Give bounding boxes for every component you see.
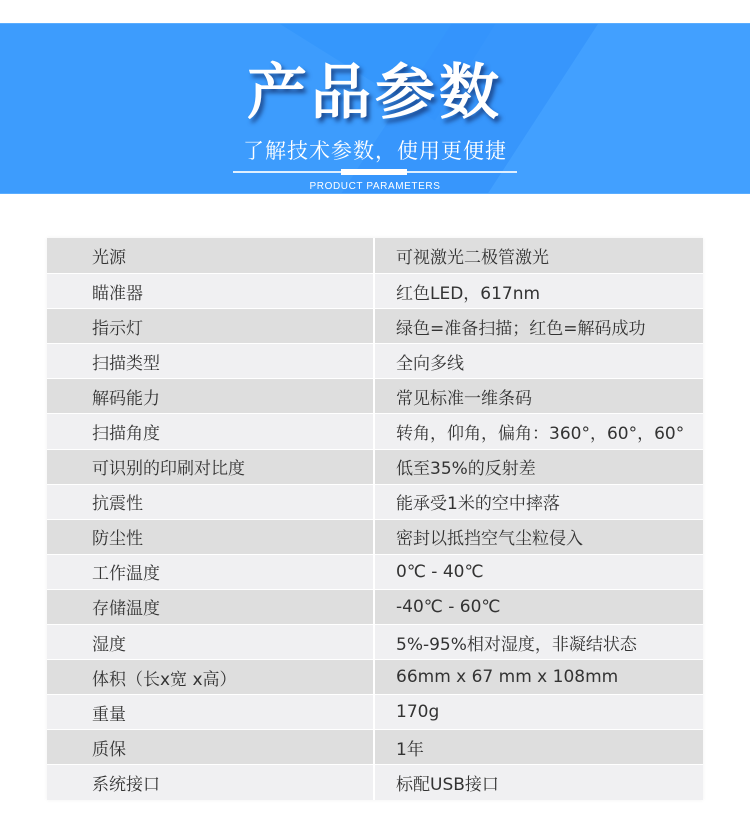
spec-label: 工作温度 (47, 555, 375, 589)
spec-label: 质保 (47, 730, 375, 764)
spec-value: 常见标准一维条码 (375, 379, 703, 413)
spec-label: 存储温度 (47, 590, 375, 624)
spec-label: 扫描角度 (47, 414, 375, 448)
spec-row-dust-resistance: 防尘性 密封以抵挡空气尘粒侵入 (47, 519, 703, 554)
spec-row-interface: 系统接口 标配USB接口 (47, 764, 703, 799)
spec-value: 低至35%的反射差 (375, 450, 703, 484)
spec-value: 1年 (375, 730, 703, 764)
spec-label: 扫描类型 (47, 344, 375, 378)
spec-table: 光源 可视激光二极管激光 瞄准器 红色LED，617nm 指示灯 绿色=准备扫描… (47, 238, 703, 800)
spec-row-aimer: 瞄准器 红色LED，617nm (47, 273, 703, 308)
spec-value: 绿色=准备扫描；红色=解码成功 (375, 309, 703, 343)
spec-row-light-source: 光源 可视激光二极管激光 (47, 238, 703, 273)
spec-row-decode-capability: 解码能力 常见标准一维条码 (47, 378, 703, 413)
spec-value: 66mm x 67 mm x 108mm (375, 660, 703, 694)
spec-label: 系统接口 (47, 765, 375, 799)
spec-value: 可视激光二极管激光 (375, 238, 703, 273)
spec-row-dimensions: 体积（长x宽 x高） 66mm x 67 mm x 108mm (47, 659, 703, 694)
spec-row-storage-temp: 存储温度 -40℃ - 60℃ (47, 589, 703, 624)
spec-value: 标配USB接口 (375, 765, 703, 799)
spec-label: 光源 (47, 238, 375, 273)
spec-row-indicator: 指示灯 绿色=准备扫描；红色=解码成功 (47, 308, 703, 343)
spec-row-shock-resistance: 抗震性 能承受1米的空中摔落 (47, 484, 703, 519)
header-banner: 产品参数 了解技术参数，使用更便捷 PRODUCT PARAMETERS (0, 23, 750, 194)
spec-row-print-contrast: 可识别的印刷对比度 低至35%的反射差 (47, 449, 703, 484)
spec-value: 转角，仰角，偏角：360°，60°，60° (375, 414, 703, 448)
spec-label: 可识别的印刷对比度 (47, 450, 375, 484)
spec-row-weight: 重量 170g (47, 694, 703, 729)
spec-row-scan-angle: 扫描角度 转角，仰角，偏角：360°，60°，60° (47, 413, 703, 448)
spec-label: 瞄准器 (47, 274, 375, 308)
spec-value: 红色LED，617nm (375, 274, 703, 308)
page-title: 产品参数 (0, 58, 750, 128)
page-subtitle: 了解技术参数，使用更便捷 (0, 137, 750, 165)
english-title: PRODUCT PARAMETERS (0, 180, 750, 194)
spec-label: 湿度 (47, 625, 375, 659)
spec-label: 防尘性 (47, 520, 375, 554)
spec-label: 解码能力 (47, 379, 375, 413)
spec-value: 0℃ - 40℃ (375, 555, 703, 589)
spec-value: -40℃ - 60℃ (375, 590, 703, 624)
spec-row-scan-type: 扫描类型 全向多线 (47, 343, 703, 378)
spec-value: 5%-95%相对湿度，非凝结状态 (375, 625, 703, 659)
spec-value: 密封以抵挡空气尘粒侵入 (375, 520, 703, 554)
spec-value: 170g (375, 695, 703, 729)
spec-label: 体积（长x宽 x高） (47, 660, 375, 694)
spec-label: 重量 (47, 695, 375, 729)
title-divider-accent (341, 169, 407, 175)
spec-value: 全向多线 (375, 344, 703, 378)
spec-label: 抗震性 (47, 485, 375, 519)
spec-row-humidity: 湿度 5%-95%相对湿度，非凝结状态 (47, 624, 703, 659)
spec-row-operating-temp: 工作温度 0℃ - 40℃ (47, 554, 703, 589)
spec-label: 指示灯 (47, 309, 375, 343)
spec-value: 能承受1米的空中摔落 (375, 485, 703, 519)
spec-row-warranty: 质保 1年 (47, 729, 703, 764)
